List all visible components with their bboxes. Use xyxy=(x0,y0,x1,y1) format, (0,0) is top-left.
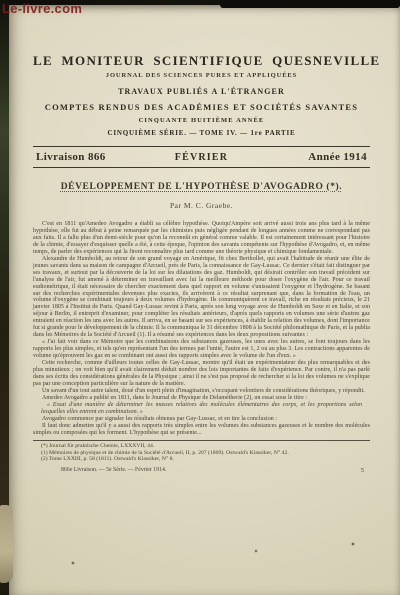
article-paragraph-quote: « J'ai fait voir dans ce Mémoire que les… xyxy=(33,339,370,360)
footnote: (2) Tome LXXIII, p. 58 (1811). Ostwald's… xyxy=(33,456,370,463)
article-paragraph: Il faut donc admettre qu'il y a aussi de… xyxy=(33,423,370,437)
spine-tear-patch xyxy=(0,505,13,583)
article-body: C'est en 1811 qu'Amedeo Avogadro a établ… xyxy=(33,221,370,437)
article-title: DÉVELOPPEMENT DE L'HYPOTHÈSE D'AVOGADRO … xyxy=(33,182,370,192)
issue-livraison: Livraison 866 xyxy=(36,151,146,163)
issue-year: Année 1914 xyxy=(257,151,367,163)
issue-month: FÉVRIER xyxy=(146,152,256,163)
article-byline: Par M. C. Graebe. xyxy=(33,201,370,210)
journal-subtitle: JOURNAL DES SCIENCES PURES ET APPLIQUÉES xyxy=(33,72,370,79)
page-number: 5 xyxy=(361,467,364,474)
article-paragraph: C'est en 1811 qu'Amedeo Avogadro a établ… xyxy=(33,221,370,256)
watermark-text: Le-livre.com xyxy=(2,1,82,16)
article-paragraph-essay-title-quote: « Essai d'une manière de déterminer les … xyxy=(33,402,370,416)
masthead-line-serie-tome: CINQUIÈME SÉRIE. — TOME IV. — 1re PARTIE xyxy=(33,129,370,137)
masthead: LE MONITEUR SCIENTIFIQUE QUESNEVILLE JOU… xyxy=(33,53,370,137)
journal-title: LE MONITEUR SCIENTIFIQUE QUESNEVILLE xyxy=(33,53,370,69)
masthead-line-annee: CINQUANTE HUITIÈME ANNÉE xyxy=(33,117,370,124)
issue-band: Livraison 866 FÉVRIER Année 1914 xyxy=(33,146,370,168)
page-footer: 866e Livraison. — 5e Série. — Février 19… xyxy=(33,467,370,474)
footnote: (*) Journal für praktische Chemie, LXXXV… xyxy=(33,443,370,450)
article-paragraph: Avogadro commence par signaler les résul… xyxy=(33,416,370,423)
scanned-page: Le-livre.com LE MONITEUR SCIENTIFIQUE QU… xyxy=(0,0,400,595)
article-paragraph: Alexandre de Humboldt, au retour de son … xyxy=(33,256,370,339)
journal-cover-page: LE MONITEUR SCIENTIFIQUE QUESNEVILLE JOU… xyxy=(9,5,400,595)
scan-top-edge-dark-right xyxy=(220,0,400,8)
masthead-line-travaux: TRAVAUX PUBLIÉS A L'ÉTRANGER xyxy=(33,87,370,96)
footer-issue-line: 866e Livraison. — 5e Série. — Février 19… xyxy=(61,467,166,474)
footnotes-block: (*) Journal für praktische Chemie, LXXXV… xyxy=(33,440,370,463)
masthead-line-comptes-rendus: COMPTES RENDUS DES ACADÉMIES ET SOCIÉTÉS… xyxy=(33,102,370,112)
article-paragraph: Amedeo Avogadro a publié en 1811, dans l… xyxy=(33,395,370,402)
article-paragraph: Un savant d'un tout autre talent, doué d… xyxy=(33,388,370,395)
article-paragraph: Cette recherche, comme d'ailleurs toutes… xyxy=(33,360,370,388)
